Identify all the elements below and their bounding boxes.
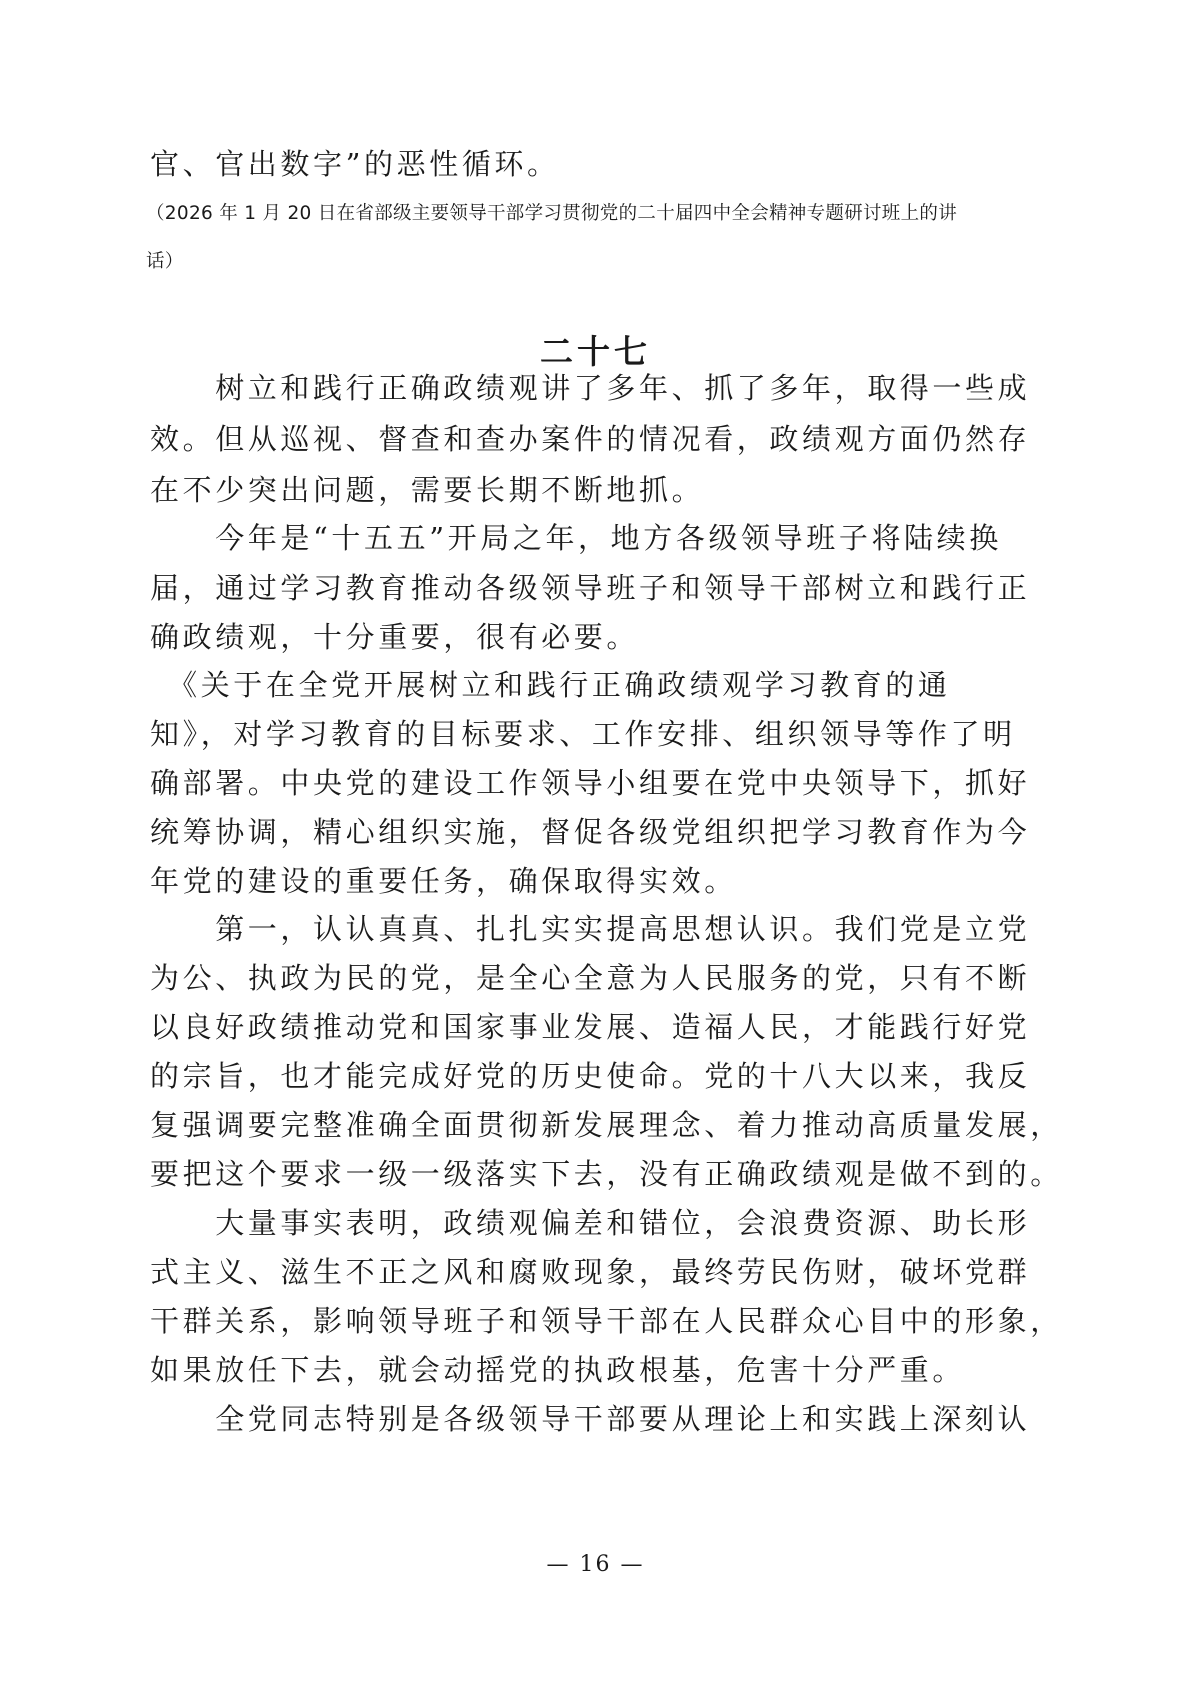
paragraph-line: 如果放任下去，就会动摇党的执政根基，危害十分严重。 [150,1350,1050,1390]
paragraph-line: 复强调要完整准确全面贯彻新发展理念、着力推动高质量发展， [150,1105,1050,1145]
source-note-line-1: （2026 年 1 月 20 日在省部级主要领导干部学习贯彻党的二十届四中全会精… [146,200,957,228]
page-number: — 16 — [0,1552,1191,1577]
paragraph-line: 为公、执政为民的党，是全心全意为人民服务的党，只有不断 [150,958,1050,998]
paragraph-line: 第一，认认真真、扎扎实实提高思想认识。我们党是立党 [150,909,1050,949]
paragraph-line: 在不少突出问题，需要长期不断地抓。 [150,470,1050,510]
paragraph-line: 今年是“十五五”开局之年，地方各级领导班子将陆续换 [150,518,1050,558]
paragraph-line: 统筹协调，精心组织实施，督促各级党组织把学习教育作为今 [150,812,1050,852]
paragraph-line: 知》，对学习教育的目标要求、工作安排、组织领导等作了明 [150,714,1050,754]
section-heading: 二十七 [0,326,1191,373]
paragraph-line: 年党的建设的重要任务，确保取得实效。 [150,861,1050,901]
source-note-line-2: 话） [146,248,184,276]
paragraph-line: 届，通过学习教育推动各级领导班子和领导干部树立和践行正 [150,568,1050,608]
continuation-line: 官、官出数字”的恶性循环。 [150,144,1050,184]
paragraph-line: 以良好政绩推动党和国家事业发展、造福人民，才能践行好党 [150,1007,1050,1047]
paragraph-line: 《关于在全党开展树立和践行正确政绩观学习教育的通 [150,665,1050,705]
paragraph-line: 效。但从巡视、督查和查办案件的情况看，政绩观方面仍然存 [150,419,1050,459]
paragraph-line: 树立和践行正确政绩观讲了多年、抓了多年，取得一些成 [150,368,1050,408]
document-page: 官、官出数字”的恶性循环。 （2026 年 1 月 20 日在省部级主要领导干部… [0,0,1191,1684]
paragraph-line: 确部署。中央党的建设工作领导小组要在党中央领导下，抓好 [150,763,1050,803]
paragraph-line: 干群关系，影响领导班子和领导干部在人民群众心目中的形象， [150,1301,1050,1341]
paragraph-line: 全党同志特别是各级领导干部要从理论上和实践上深刻认 [150,1399,1050,1439]
paragraph-line: 确政绩观，十分重要，很有必要。 [150,617,1050,657]
paragraph-line: 要把这个要求一级一级落实下去，没有正确政绩观是做不到的。 [150,1154,1050,1194]
paragraph-line: 的宗旨，也才能完成好党的历史使命。党的十八大以来，我反 [150,1056,1050,1096]
paragraph-line: 式主义、滋生不正之风和腐败现象，最终劳民伤财，破坏党群 [150,1252,1050,1292]
paragraph-line: 大量事实表明，政绩观偏差和错位，会浪费资源、助长形 [150,1203,1050,1243]
